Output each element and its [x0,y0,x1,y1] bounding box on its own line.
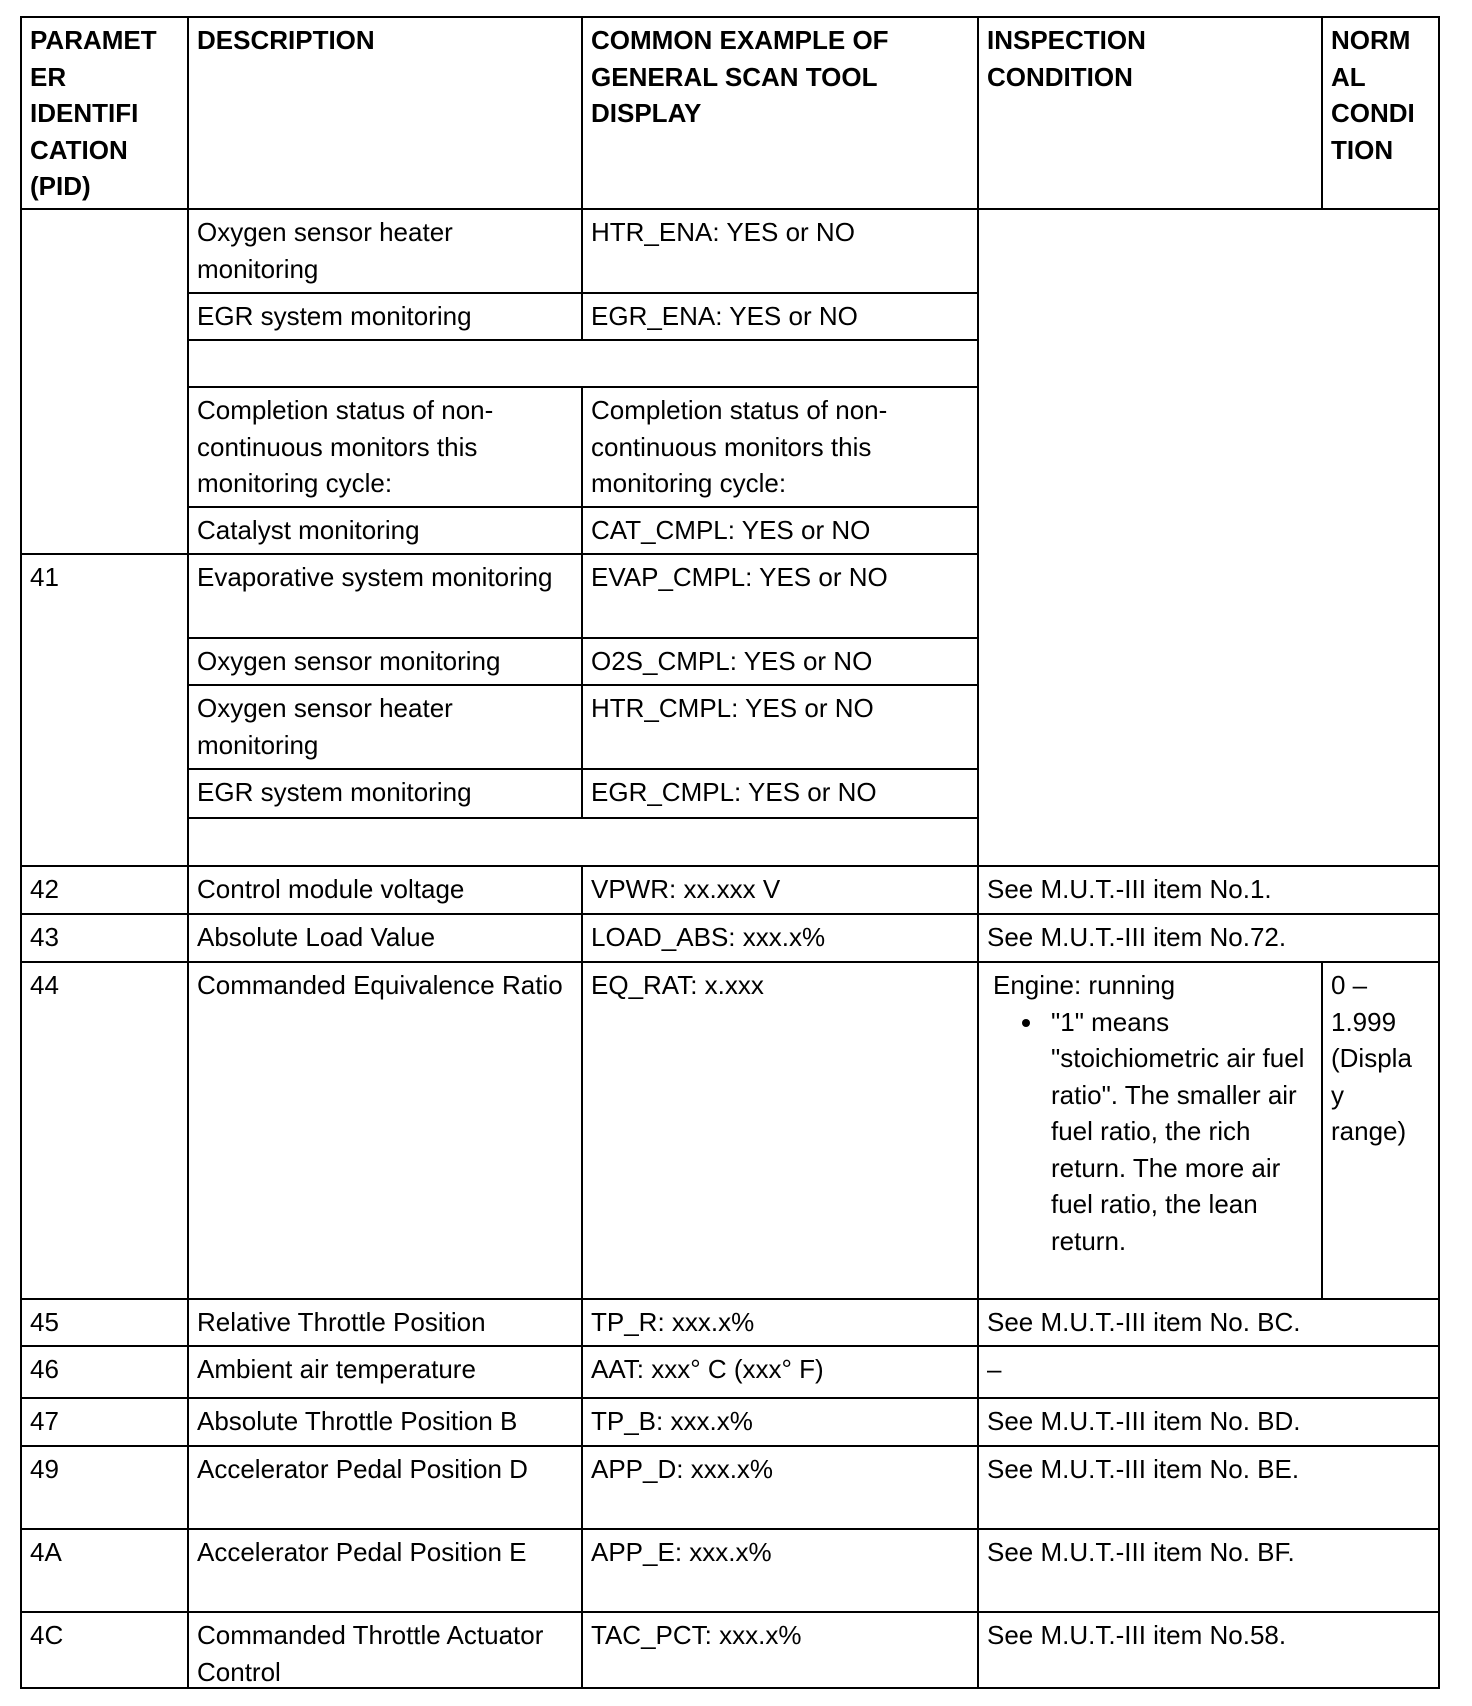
description-cell-text: Absolute Throttle Position B [197,1406,517,1436]
pid-cell-text: 46 [30,1354,59,1384]
display-text: EGR_CMPL: YES or NO [591,777,877,807]
description-cell-text: Commanded Throttle Actuator Control [197,1620,543,1687]
display-cell: AAT: xxx° C (xxx° F) [581,1345,979,1399]
description-cell: Commanded Throttle Actuator Control [187,1611,583,1689]
inspection-cell-41 [977,208,1440,867]
header-pid-line: (PID) [30,168,179,205]
inspection-cell: See M.U.T.-III item No. BC. [977,1298,1440,1347]
pid-cell-text: 49 [30,1454,59,1484]
description-text: EGR system monitoring [197,301,472,331]
display-cell: EVAP_CMPL: YES or NO [581,553,979,639]
pid-cell-text: 42 [30,874,59,904]
inspection-cell: See M.U.T.-III item No. BE. [977,1445,1440,1530]
display-cell: EGR_ENA: YES or NO [581,292,979,341]
display-text: EVAP_CMPL: YES or NO [591,562,888,592]
description-cell: Control module voltage [187,865,583,915]
normal-condition-line: 1.999 [1331,1004,1430,1041]
display-text: O2S_CMPL: YES or NO [591,646,872,676]
inspection-cell: See M.U.T.-III item No.58. [977,1611,1440,1689]
display-text: HTR_ENA: YES or NO [591,217,855,247]
pid-value: 41 [30,562,59,592]
display-cell: TAC_PCT: xxx.x% [581,1611,979,1689]
pid-cell: 44 [20,961,189,1300]
pid-cell-text: 44 [30,970,59,1000]
pid-cell-text: 45 [30,1307,59,1337]
header-normal: NORM AL CONDI TION [1321,16,1440,210]
description-cell: Ambient air temperature [187,1345,583,1399]
description-cell: Relative Throttle Position [187,1298,583,1347]
pid-cell: 4C [20,1611,189,1689]
header-normal-line: TION [1331,132,1430,169]
inspection-cell-text: See M.U.T.-III item No. BC. [987,1307,1301,1337]
inspection-cell-text: See M.U.T.-III item No.1. [987,874,1272,904]
display-cell: HTR_CMPL: YES or NO [581,684,979,770]
pid-cell: 43 [20,913,189,963]
header-description-text: DESCRIPTION [197,22,573,59]
inspection-cell-text: See M.U.T.-III item No.58. [987,1620,1286,1650]
inspection-cell: Engine: running"1" means "stoichiometric… [977,961,1323,1300]
header-pid-line: ER [30,59,179,96]
header-inspection-line: INSPECTION [987,22,1313,59]
description-text: Evaporative system monitoring [197,562,552,592]
inspection-cell: See M.U.T.-III item No.72. [977,913,1440,963]
desc-cell: Oxygen sensor heater monitoring [187,684,583,770]
description-cell-text: Relative Throttle Position [197,1307,486,1337]
display-cell: TP_R: xxx.x% [581,1298,979,1347]
description-cell: Commanded Equivalence Ratio [187,961,583,1300]
display-cell: CAT_CMPL: YES or NO [581,506,979,555]
header-pid-line: CATION [30,132,179,169]
blank-spacer-row [187,817,979,867]
pid-cell: 45 [20,1298,189,1347]
display-cell: Completion status of non-continuous moni… [581,386,979,508]
pid-cell-continuation [20,208,189,555]
description-cell-text: Accelerator Pedal Position E [197,1537,527,1567]
display-cell: O2S_CMPL: YES or NO [581,637,979,686]
header-display-line: GENERAL SCAN TOOL [591,59,969,96]
desc-cell: Completion status of non-continuous moni… [187,386,583,508]
header-display: COMMON EXAMPLE OF GENERAL SCAN TOOL DISP… [581,16,979,210]
display-cell: APP_E: xxx.x% [581,1528,979,1613]
display-text: HTR_CMPL: YES or NO [591,693,874,723]
display-cell: TP_B: xxx.x% [581,1397,979,1447]
pid-cell-text: 43 [30,922,59,952]
description-text: Completion status of non-continuous moni… [197,395,493,498]
inspection-cell: – [977,1345,1440,1399]
description-cell: Accelerator Pedal Position E [187,1528,583,1613]
display-text: EGR_ENA: YES or NO [591,301,858,331]
desc-cell: EGR system monitoring [187,292,583,341]
blank-spacer-row [187,339,979,388]
display-cell-text: LOAD_ABS: xxx.x% [591,922,825,952]
inspection-cell: See M.U.T.-III item No.1. [977,865,1440,915]
display-text: CAT_CMPL: YES or NO [591,515,870,545]
display-cell-text: EQ_RAT: x.xxx [591,970,764,1000]
header-pid: PARAMET ER IDENTIFI CATION (PID) [20,16,189,210]
header-normal-line: CONDI [1331,95,1430,132]
display-cell: LOAD_ABS: xxx.x% [581,913,979,963]
inspection-text: Engine: running [993,967,1313,1004]
normal-condition-line: 0 – [1331,967,1430,1004]
desc-cell: Catalyst monitoring [187,506,583,555]
header-display-line: COMMON EXAMPLE OF [591,22,969,59]
normal-condition-line: (Displa [1331,1040,1430,1077]
display-cell: EQ_RAT: x.xxx [581,961,979,1300]
display-cell-text: AAT: xxx° C (xxx° F) [591,1354,824,1384]
header-description: DESCRIPTION [187,16,583,210]
desc-cell: Evaporative system monitoring [187,553,583,639]
description-cell-text: Absolute Load Value [197,922,435,952]
display-cell-text: TP_R: xxx.x% [591,1307,754,1337]
description-cell-text: Ambient air temperature [197,1354,476,1384]
description-text: EGR system monitoring [197,777,472,807]
pid-cell: 49 [20,1445,189,1530]
inspection-bullet-list: "1" means "stoichiometric air fuel ratio… [993,1004,1313,1260]
pid-cell: 42 [20,865,189,915]
pid-cell: 47 [20,1397,189,1447]
normal-condition-line: range) [1331,1113,1430,1150]
header-normal-line: AL [1331,59,1430,96]
description-cell-text: Accelerator Pedal Position D [197,1454,528,1484]
desc-cell: Oxygen sensor heater monitoring [187,208,583,294]
normal-condition-cell: 0 –1.999(Displayrange) [1321,961,1440,1300]
description-text: Oxygen sensor heater monitoring [197,217,453,284]
inspection-cell-text: See M.U.T.-III item No. BE. [987,1454,1299,1484]
display-cell: VPWR: xx.xxx V [581,865,979,915]
inspection-cell-text: See M.U.T.-III item No.72. [987,922,1286,952]
description-text: Oxygen sensor heater monitoring [197,693,453,760]
pid-cell: 4A [20,1528,189,1613]
description-text: Oxygen sensor monitoring [197,646,500,676]
display-cell-text: APP_D: xxx.x% [591,1454,773,1484]
inspection-cell-text: – [987,1354,1001,1384]
normal-condition-line: y [1331,1077,1430,1114]
description-text: Catalyst monitoring [197,515,420,545]
pid-cell-41: 41 [20,553,189,867]
pid-cell-text: 4C [30,1620,63,1650]
desc-cell: Oxygen sensor monitoring [187,637,583,686]
description-cell-text: Control module voltage [197,874,464,904]
display-text: Completion status of non-continuous moni… [591,395,887,498]
display-cell-text: VPWR: xx.xxx V [591,874,780,904]
header-pid-line: IDENTIFI [30,95,179,132]
header-inspection: INSPECTION CONDITION [977,16,1323,210]
desc-cell: EGR system monitoring [187,768,583,819]
display-cell: EGR_CMPL: YES or NO [581,768,979,819]
description-cell: Absolute Throttle Position B [187,1397,583,1447]
description-cell: Accelerator Pedal Position D [187,1445,583,1530]
display-cell-text: APP_E: xxx.x% [591,1537,772,1567]
pid-cell-text: 4A [30,1537,62,1567]
inspection-bullet: "1" means "stoichiometric air fuel ratio… [1045,1004,1313,1260]
display-cell: HTR_ENA: YES or NO [581,208,979,294]
header-display-line: DISPLAY [591,95,969,132]
header-normal-line: NORM [1331,22,1430,59]
description-cell: Absolute Load Value [187,913,583,963]
inspection-cell: See M.U.T.-III item No. BD. [977,1397,1440,1447]
inspection-cell: See M.U.T.-III item No. BF. [977,1528,1440,1613]
pid-cell: 46 [20,1345,189,1399]
inspection-cell-text: See M.U.T.-III item No. BD. [987,1406,1301,1436]
inspection-cell-text: See M.U.T.-III item No. BF. [987,1537,1295,1567]
display-cell-text: TAC_PCT: xxx.x% [591,1620,801,1650]
header-inspection-line: CONDITION [987,59,1313,96]
description-cell-text: Commanded Equivalence Ratio [197,970,563,1000]
display-cell: APP_D: xxx.x% [581,1445,979,1530]
pid-cell-text: 47 [30,1406,59,1436]
header-pid-line: PARAMET [30,22,179,59]
display-cell-text: TP_B: xxx.x% [591,1406,753,1436]
